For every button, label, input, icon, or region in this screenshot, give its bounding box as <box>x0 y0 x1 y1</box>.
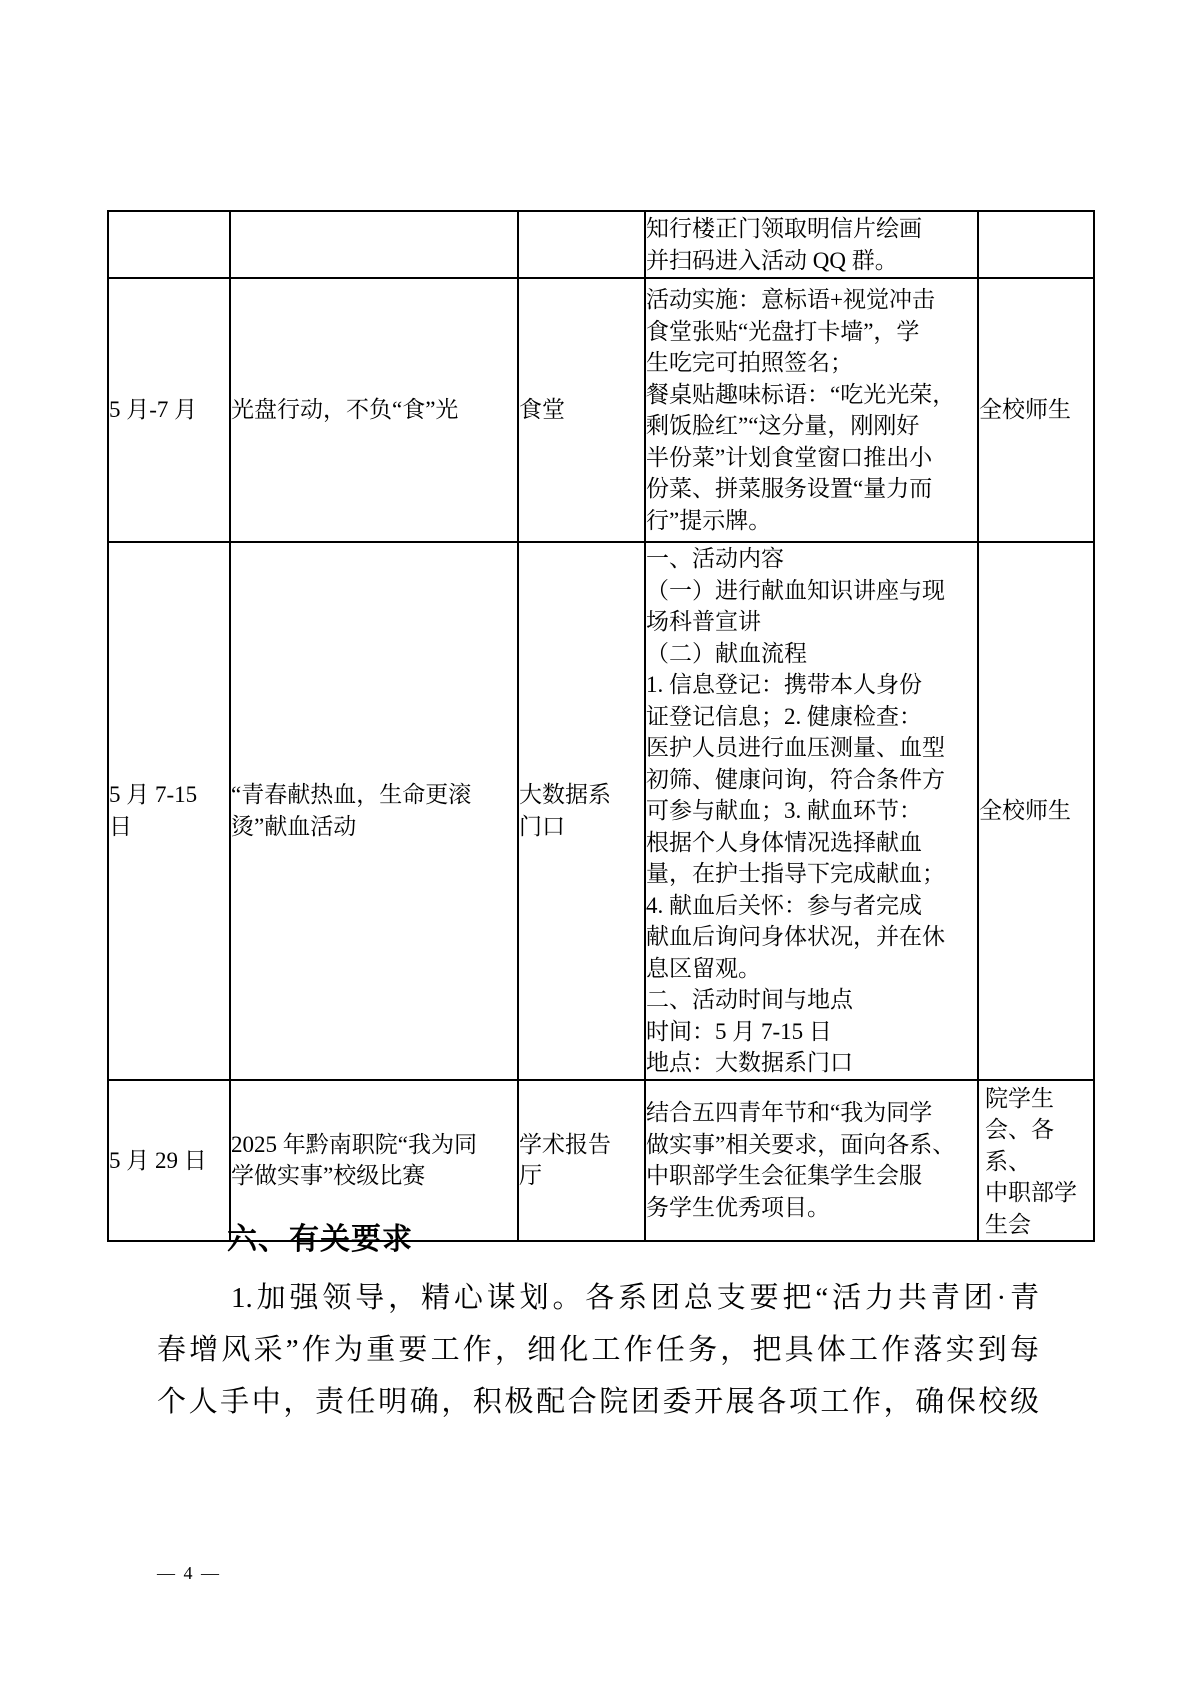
cell-time: 5 月 29 日 <box>108 1080 230 1242</box>
table-row: 5 月-7 月 光盘行动，不负“食”光 食堂 活动实施：意标语+视觉冲击 食堂张… <box>108 278 1094 542</box>
cell-content: 知行楼正门领取明信片绘画 并扫码进入活动 QQ 群。 <box>645 211 978 278</box>
paragraph-line: 个人手中，责任明确，积极配合院团委开展各项工作，确保校级 <box>157 1376 1039 1428</box>
cell-time: 5 月 7-15 日 <box>108 542 230 1080</box>
page-number: — 4 — <box>157 1560 221 1586</box>
cell-participants: 全校师生 <box>978 278 1094 542</box>
cell-activity-name: “青春献热血，生命更滚 烫”献血活动 <box>230 542 518 1080</box>
requirements-paragraph: 1.加强领导，精心谋划。各系团总支要把“活力共青团·青 春增风采”作为重要工作，… <box>157 1272 1039 1428</box>
cell-activity-name <box>230 211 518 278</box>
cell-participants <box>978 211 1094 278</box>
cell-activity-name: 2025 年黔南职院“我为同 学做实事”校级比赛 <box>230 1080 518 1242</box>
section-heading: 六、有关要求 <box>227 1222 413 1258</box>
table-row: 5 月 29 日 2025 年黔南职院“我为同 学做实事”校级比赛 学术报告 厅… <box>108 1080 1094 1242</box>
paragraph-line: 1.加强领导，精心谋划。各系团总支要把“活力共青团·青 <box>157 1272 1039 1324</box>
table-row: 5 月 7-15 日 “青春献热血，生命更滚 烫”献血活动 大数据系 门口 一、… <box>108 542 1094 1080</box>
paragraph-line: 春增风采”作为重要工作，细化工作任务，把具体工作落实到每 <box>157 1324 1039 1376</box>
cell-time <box>108 211 230 278</box>
cell-activity-name: 光盘行动，不负“食”光 <box>230 278 518 542</box>
document-page: 知行楼正门领取明信片绘画 并扫码进入活动 QQ 群。 5 月-7 月 光盘行动，… <box>0 0 1191 1684</box>
cell-location: 大数据系 门口 <box>518 542 645 1080</box>
cell-participants: 全校师生 <box>978 542 1094 1080</box>
cell-content: 结合五四青年节和“我为同学 做实事”相关要求，面向各系、 中职部学生会征集学生会… <box>645 1080 978 1242</box>
activity-schedule-table: 知行楼正门领取明信片绘画 并扫码进入活动 QQ 群。 5 月-7 月 光盘行动，… <box>107 210 1095 1242</box>
cell-time: 5 月-7 月 <box>108 278 230 542</box>
cell-location: 食堂 <box>518 278 645 542</box>
cell-content: 一、活动内容 （一）进行献血知识讲座与现 场科普宣讲 （二）献血流程 1. 信息… <box>645 542 978 1080</box>
cell-participants: 院学生 会、各系、 中职部学 生会 <box>978 1080 1094 1242</box>
cell-location: 学术报告 厅 <box>518 1080 645 1242</box>
table-row: 知行楼正门领取明信片绘画 并扫码进入活动 QQ 群。 <box>108 211 1094 278</box>
cell-content: 活动实施：意标语+视觉冲击 食堂张贴“光盘打卡墙”，学 生吃完可拍照签名； 餐桌… <box>645 278 978 542</box>
cell-location <box>518 211 645 278</box>
